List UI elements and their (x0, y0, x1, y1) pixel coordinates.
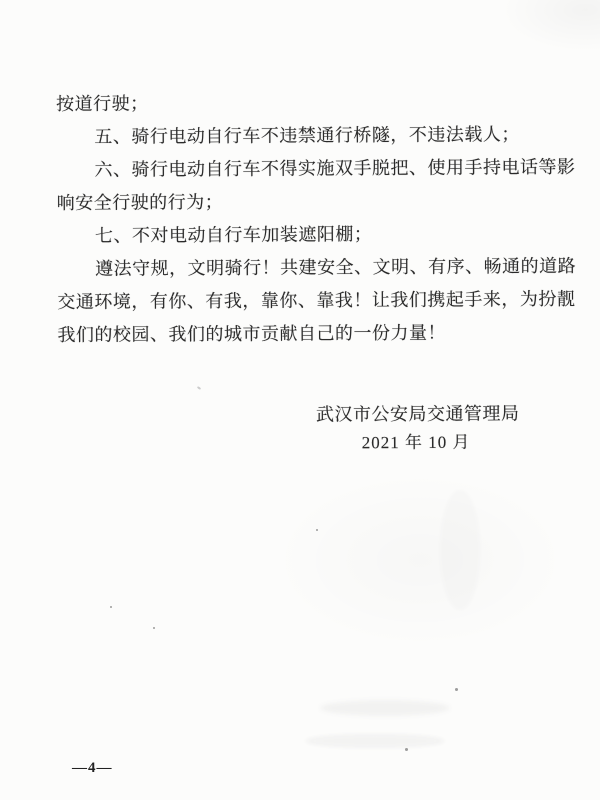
signature-block: 武汉市公安局交通管理局 2021 年 10 月 (316, 400, 516, 459)
scan-artifact-speck (197, 386, 201, 390)
body-text-line: 响安全行驶的行为； (57, 184, 567, 220)
body-text-line: 遵法守规，文明骑行！共建安全、文明、有序、畅通的道路 (57, 250, 567, 286)
scan-artifact-speck (316, 529, 318, 531)
body-text-line: 我们的校园、我们的城市贡献自己的一份力量！ (57, 316, 567, 352)
body-text-line: 交通环境，有你、有我，靠你、靠我！让我们携起手来，为扮靓 (57, 283, 567, 319)
page-number: —4— (72, 760, 113, 777)
body-text-line: 六、骑行电动自行车不得实施双手脱把、使用手持电话等影 (56, 151, 566, 187)
document-body: 按道行驶； 五、骑行电动自行车不违禁通行桥隧，不违法载人； 六、骑行电动自行车不… (56, 85, 568, 352)
signature-date: 2021 年 10 月 (316, 426, 516, 459)
scan-artifact-smudge (305, 734, 445, 748)
scan-artifact-smudge (440, 490, 480, 610)
scan-artifact-speck (455, 688, 458, 691)
scan-artifact-smudge (320, 700, 450, 716)
scan-artifact-speck (110, 606, 112, 608)
scanned-document-page: 按道行驶； 五、骑行电动自行车不违禁通行桥隧，不违法载人； 六、骑行电动自行车不… (0, 0, 600, 800)
scan-artifact-speck (405, 748, 408, 751)
body-text-line: 七、不对电动自行车加装遮阳棚； (57, 217, 567, 253)
body-text-line: 五、骑行电动自行车不违禁通行桥隧，不违法载人； (56, 118, 566, 154)
body-text-line: 按道行驶； (56, 85, 566, 121)
scan-artifact-speck (153, 627, 155, 629)
signature-organization: 武汉市公安局交通管理局 (316, 400, 516, 427)
